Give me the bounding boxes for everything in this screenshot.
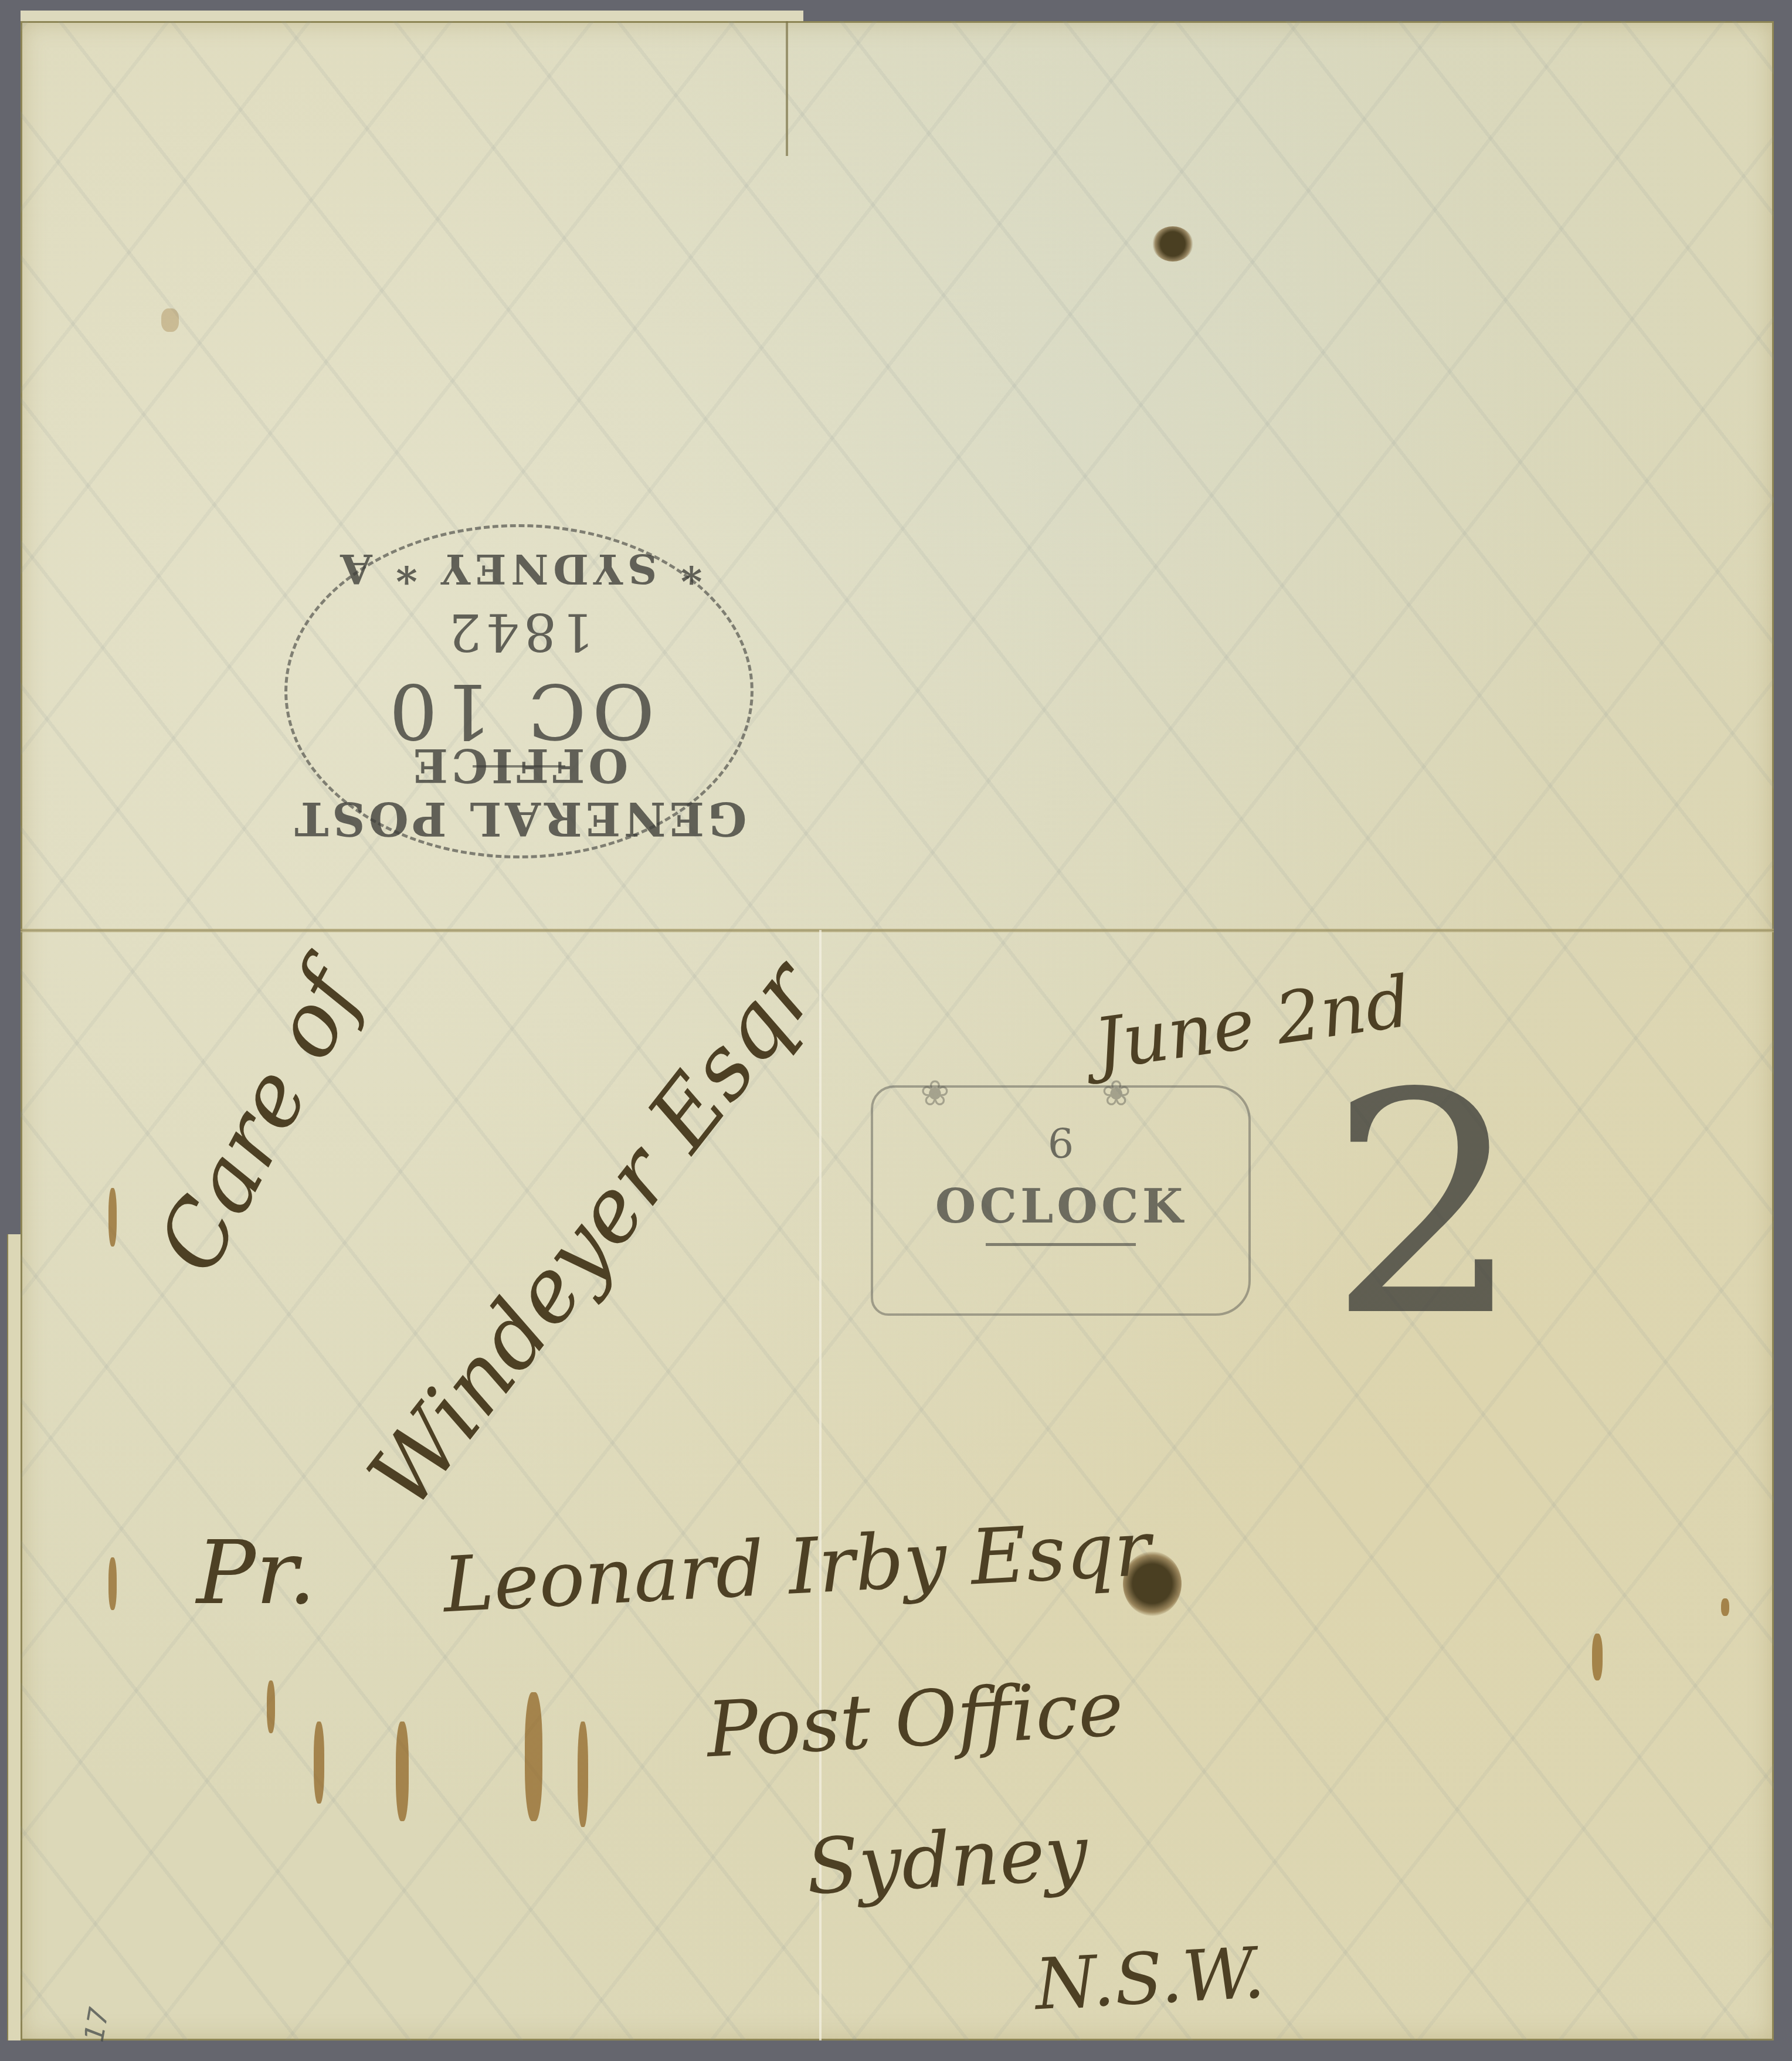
address-line-3: N.S.W.	[1033, 1933, 1267, 2026]
foxing-spot	[1592, 1634, 1603, 1680]
address-line-2: Sydney	[804, 1808, 1090, 1912]
oval-datestamp-postmark: GENERAL POST OFFICE OC 10 1842 * SYDNEY …	[284, 524, 754, 858]
foxing-spot	[161, 308, 179, 332]
care-of-line-2: Windeyer Esqr	[349, 942, 837, 1526]
oclock-receiving-stamp: ❀ ❀ 6 OCLOCK	[871, 1085, 1251, 1316]
care-of-line-1: Care of	[138, 952, 382, 1289]
ink-blot-top	[1152, 226, 1193, 262]
paper-tear	[786, 21, 788, 156]
address-line-1: Post Office	[705, 1664, 1126, 1775]
clock-hour: 6	[873, 1120, 1248, 1168]
foxing-spot	[396, 1722, 409, 1821]
foxing-spot	[108, 1557, 117, 1610]
foxing-spot	[108, 1188, 117, 1247]
corner-pencil-note: 17	[78, 2005, 115, 2044]
horizontal-fold	[21, 929, 1774, 932]
crown-ornament-icon: ❀ ❀	[879, 1073, 1243, 1114]
underlying-sheet-top-edge	[21, 11, 803, 22]
foxing-spot	[525, 1692, 542, 1821]
letter-sheet: GENERAL POST OFFICE OC 10 1842 * SYDNEY …	[21, 21, 1774, 2040]
clock-label: OCLOCK	[873, 1179, 1248, 1234]
foxing-spot	[578, 1722, 588, 1827]
foxing-spot	[267, 1680, 275, 1733]
foxing-spot	[1721, 1598, 1729, 1616]
postmark-date: OC 10	[287, 667, 751, 756]
postmark-year: 1842	[287, 602, 751, 662]
postmark-ring-bottom-text: * SYDNEY * A	[287, 545, 751, 593]
addressee-name: Leonard Irby Esqr	[441, 1503, 1153, 1629]
foxing-spot	[314, 1722, 324, 1804]
clock-rule	[986, 1243, 1136, 1246]
postage-rate-mark: 2	[1328, 1053, 1522, 1358]
postmark-rule	[473, 765, 565, 768]
per-abbreviation: Pr.	[196, 1522, 316, 1624]
